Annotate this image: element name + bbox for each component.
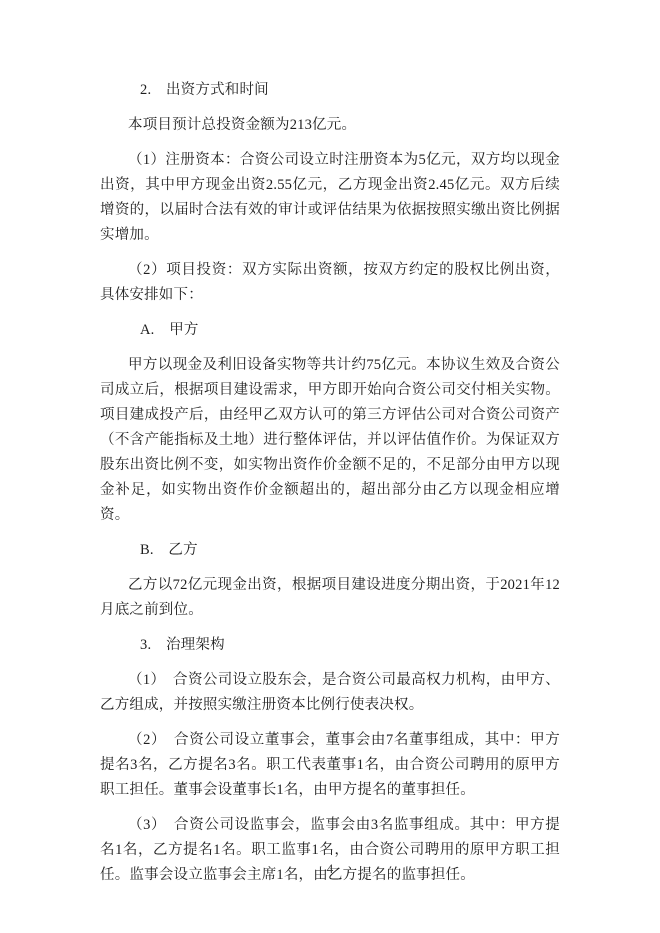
para-party-a-contribution: 甲方以现金及利旧设备实物等共计约75亿元。本协议生效及合资公司成立后，根据项目建… — [100, 353, 560, 528]
para-party-b-contribution: 乙方以72亿元现金出资，根据项目建设进度分期出资，于2021年12月底之前到位。 — [100, 573, 560, 623]
para-shareholders-meeting: （1） 合资公司设立股东会，是合资公司最高权力机构，由甲方、乙方组成，并按照实缴… — [100, 668, 560, 718]
para-registered-capital: （1）注册资本：合资公司设立时注册资本为5亿元，双方均以现金出资，其中甲方现金出… — [100, 148, 560, 248]
para-total-investment: 本项目预计总投资金额为213亿元。 — [100, 113, 560, 138]
document-page: 2. 出资方式和时间 本项目预计总投资金额为213亿元。 （1）注册资本：合资公… — [0, 0, 660, 933]
subheading-party-b: B. 乙方 — [100, 538, 560, 563]
subheading-party-a: A. 甲方 — [100, 318, 560, 343]
section-heading-governance: 3. 治理架构 — [100, 633, 560, 658]
para-project-investment: （2）项目投资：双方实际出资额，按双方约定的股权比例出资，具体安排如下： — [100, 258, 560, 308]
page-number: 4 — [327, 861, 334, 876]
section-heading-capital-contribution: 2. 出资方式和时间 — [100, 78, 560, 103]
para-board-of-directors: （2） 合资公司设立董事会，董事会由7名董事组成，其中：甲方提名3名，乙方提名3… — [100, 728, 560, 803]
document-body: 2. 出资方式和时间 本项目预计总投资金额为213亿元。 （1）注册资本：合资公… — [100, 78, 560, 898]
page-footer: 4 — [0, 860, 660, 878]
